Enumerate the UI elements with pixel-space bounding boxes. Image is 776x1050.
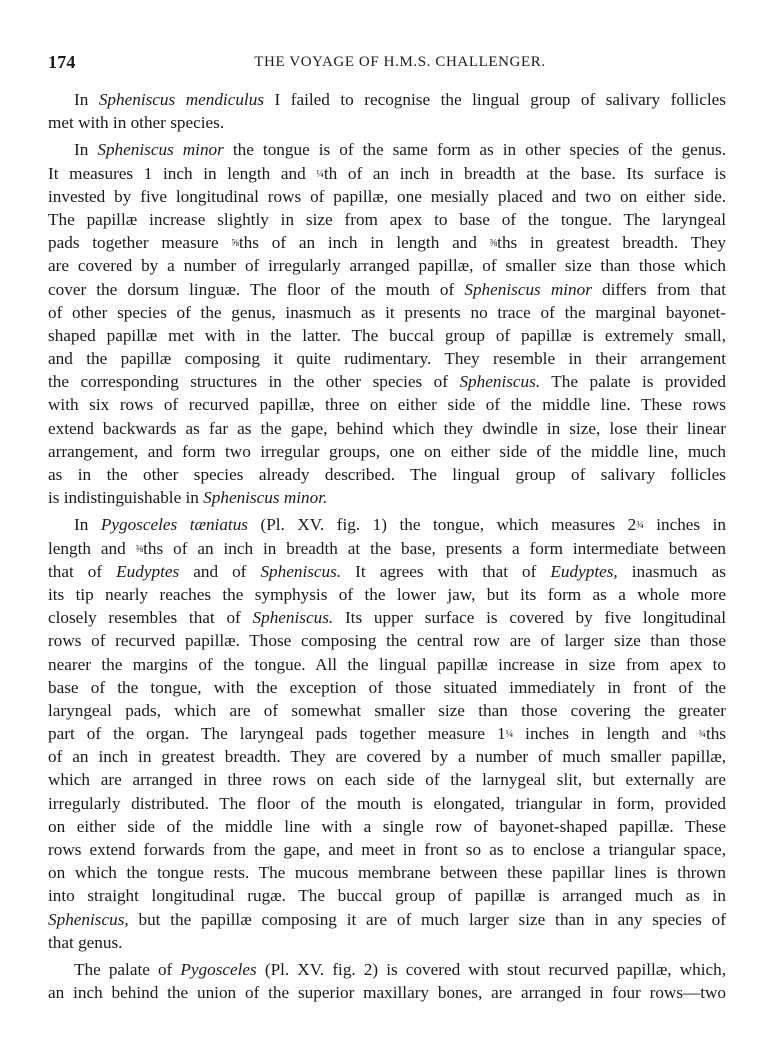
text-line: Spheniscus, but the papillæ composing it… — [48, 908, 726, 931]
text-line: the corresponding structures in the othe… — [48, 370, 726, 393]
fraction: ¾ — [698, 729, 706, 740]
text-run: th of an inch in breadth at the base. It… — [324, 164, 726, 183]
text-run: ths of an inch in length and — [239, 233, 490, 252]
text-line: its tip nearly reaches the symphysis of … — [48, 583, 726, 606]
fraction: ⅝ — [231, 238, 239, 249]
text-run: with six rows of recurved papillæ, three… — [48, 395, 726, 414]
italic-text: Spheniscus minor — [97, 140, 223, 159]
text-run: In — [74, 140, 97, 159]
text-run: base of the tongue, with the exception o… — [48, 678, 726, 697]
text-line: It measures 1 inch in length and ¼th of … — [48, 162, 726, 185]
text-run: are covered by a number of irregularly a… — [48, 256, 726, 275]
text-line: pads together measure ⅝ths of an inch in… — [48, 231, 726, 254]
paragraph: The palate of Pygosceles (Pl. XV. fig. 2… — [48, 958, 726, 1004]
text-run: that of — [48, 562, 116, 581]
text-run: inches in length and — [513, 724, 698, 743]
text-run: cover the dorsum linguæ. The floor of th… — [48, 280, 464, 299]
text-run: extend backwards as far as the gape, beh… — [48, 419, 726, 438]
body-text: In Spheniscus mendiculus I failed to rec… — [48, 88, 726, 1004]
italic-text: Eudyptes — [116, 562, 179, 581]
paragraph: In Spheniscus mendiculus I failed to rec… — [48, 88, 726, 134]
text-run: that genus. — [48, 933, 122, 952]
italic-text: Eudyptes, — [550, 562, 617, 581]
text-run: an inch behind the union of the superior… — [48, 983, 726, 1002]
text-run: laryngeal pads, which are of somewhat sm… — [48, 701, 726, 720]
text-line: shaped papillæ met with in the latter. T… — [48, 324, 726, 347]
text-run: inasmuch as — [618, 562, 726, 581]
text-line: of an inch in greatest breadth. They are… — [48, 745, 726, 768]
fraction: ¼ — [316, 169, 324, 180]
text-run: on which the tongue rests. The mucous me… — [48, 863, 726, 882]
text-line: on either side of the middle line with a… — [48, 815, 726, 838]
text-run: rows extend forwards from the gape, and … — [48, 840, 726, 859]
italic-text: Spheniscus minor. — [203, 488, 327, 507]
text-run: Its upper surface is covered by five lon… — [333, 608, 726, 627]
text-run: the tongue is of the same form as in oth… — [224, 140, 726, 159]
text-line: and the papillæ composing it quite rudim… — [48, 347, 726, 370]
text-run: the corresponding structures in the othe… — [48, 372, 459, 391]
text-run: It agrees with that of — [341, 562, 550, 581]
text-line: is indistinguishable in Spheniscus minor… — [48, 486, 726, 509]
text-line: length and ⅜ths of an inch in breadth at… — [48, 537, 726, 560]
italic-text: Spheniscus. — [253, 608, 334, 627]
italic-text: Spheniscus minor — [464, 280, 592, 299]
text-line: as in the other species already describe… — [48, 463, 726, 486]
text-run: nearer the margins of the tongue. All th… — [48, 655, 726, 674]
text-run: ths of an inch in breadth at the base, p… — [143, 539, 726, 558]
text-run: arrangement, and form two irregular grou… — [48, 442, 726, 461]
text-line: are covered by a number of irregularly a… — [48, 254, 726, 277]
text-line: In Spheniscus minor the tongue is of the… — [48, 138, 726, 161]
text-run: pads together measure — [48, 233, 231, 252]
text-line: In Spheniscus mendiculus I failed to rec… — [48, 88, 726, 111]
text-line: met with in other species. — [48, 111, 726, 134]
text-run: rows of recurved papillæ. Those composin… — [48, 631, 726, 650]
text-run: (Pl. XV. fig. 2) is covered with stout r… — [257, 960, 726, 979]
italic-text: Pygosceles — [180, 960, 256, 979]
text-run: (Pl. XV. fig. 1) the tongue, which measu… — [248, 515, 636, 534]
text-run: and the papillæ composing it quite rudim… — [48, 349, 726, 368]
text-line: The papillæ increase slightly in size fr… — [48, 208, 726, 231]
text-run: of an inch in greatest breadth. They are… — [48, 747, 726, 766]
fraction: ¼ — [506, 729, 514, 740]
text-run: is indistinguishable in — [48, 488, 203, 507]
text-line: of other species of the genus, inasmuch … — [48, 301, 726, 324]
text-run: irregularly distributed. The floor of th… — [48, 794, 726, 813]
text-line: part of the organ. The laryngeal pads to… — [48, 722, 726, 745]
text-line: arrangement, and form two irregular grou… — [48, 440, 726, 463]
text-run: into straight longitudinal rugæ. The buc… — [48, 886, 726, 905]
text-run: differs from that — [592, 280, 726, 299]
text-line: base of the tongue, with the exception o… — [48, 676, 726, 699]
text-run: It measures 1 inch in length and — [48, 164, 316, 183]
text-line: invested by five longitudinal rows of pa… — [48, 185, 726, 208]
running-title: THE VOYAGE OF H.M.S. CHALLENGER. — [48, 54, 732, 71]
text-line: an inch behind the union of the superior… — [48, 981, 726, 1004]
text-run: inches in — [644, 515, 726, 534]
document-page: 174 THE VOYAGE OF H.M.S. CHALLENGER. In … — [0, 0, 776, 1050]
text-run: which are arranged in three rows on each… — [48, 770, 726, 789]
text-line: that of Eudyptes and of Spheniscus. It a… — [48, 560, 726, 583]
text-line: cover the dorsum linguæ. The floor of th… — [48, 278, 726, 301]
italic-text: Spheniscus mendiculus — [99, 90, 264, 109]
text-line: laryngeal pads, which are of somewhat sm… — [48, 699, 726, 722]
text-run: The papillæ increase slightly in size fr… — [48, 210, 726, 229]
text-run: part of the organ. The laryngeal pads to… — [48, 724, 506, 743]
text-run: and of — [179, 562, 260, 581]
text-line: irregularly distributed. The floor of th… — [48, 792, 726, 815]
text-run: The palate is provided — [540, 372, 726, 391]
text-line: closely resembles that of Spheniscus. It… — [48, 606, 726, 629]
text-run: The palate of — [74, 960, 180, 979]
text-run: but the papillæ composing it are of much… — [129, 910, 726, 929]
text-line: that genus. — [48, 931, 726, 954]
text-line: The palate of Pygosceles (Pl. XV. fig. 2… — [48, 958, 726, 981]
text-line: extend backwards as far as the gape, beh… — [48, 417, 726, 440]
italic-text: Spheniscus. — [459, 372, 540, 391]
text-run: ths in greatest breadth. They — [497, 233, 726, 252]
text-run: invested by five longitudinal rows of pa… — [48, 187, 726, 206]
text-line: which are arranged in three rows on each… — [48, 768, 726, 791]
running-head: 174 THE VOYAGE OF H.M.S. CHALLENGER. — [48, 52, 732, 76]
text-run: In — [74, 515, 101, 534]
text-run: In — [74, 90, 99, 109]
text-run: its tip nearly reaches the symphysis of … — [48, 585, 726, 604]
fraction: ¾ — [636, 520, 644, 531]
text-run: ths — [706, 724, 726, 743]
text-run: as in the other species already describe… — [48, 465, 726, 484]
text-line: into straight longitudinal rugæ. The buc… — [48, 884, 726, 907]
text-line: nearer the margins of the tongue. All th… — [48, 653, 726, 676]
text-line: on which the tongue rests. The mucous me… — [48, 861, 726, 884]
italic-text: Pygosceles tæniatus — [101, 515, 248, 534]
text-run: on either side of the middle line with a… — [48, 817, 726, 836]
fraction: ⅜ — [136, 544, 144, 555]
paragraph: In Pygosceles tæniatus (Pl. XV. fig. 1) … — [48, 513, 726, 954]
text-run: met with in other species. — [48, 113, 224, 132]
text-run: closely resembles that of — [48, 608, 253, 627]
text-line: In Pygosceles tæniatus (Pl. XV. fig. 1) … — [48, 513, 726, 536]
italic-text: Spheniscus. — [260, 562, 341, 581]
text-line: rows of recurved papillæ. Those composin… — [48, 629, 726, 652]
text-run: of other species of the genus, inasmuch … — [48, 303, 726, 322]
text-line: rows extend forwards from the gape, and … — [48, 838, 726, 861]
text-run: length and — [48, 539, 136, 558]
text-run: I failed to recognise the lingual group … — [264, 90, 726, 109]
paragraph: In Spheniscus minor the tongue is of the… — [48, 138, 726, 509]
text-line: with six rows of recurved papillæ, three… — [48, 393, 726, 416]
italic-text: Spheniscus, — [48, 910, 129, 929]
text-run: shaped papillæ met with in the latter. T… — [48, 326, 726, 345]
